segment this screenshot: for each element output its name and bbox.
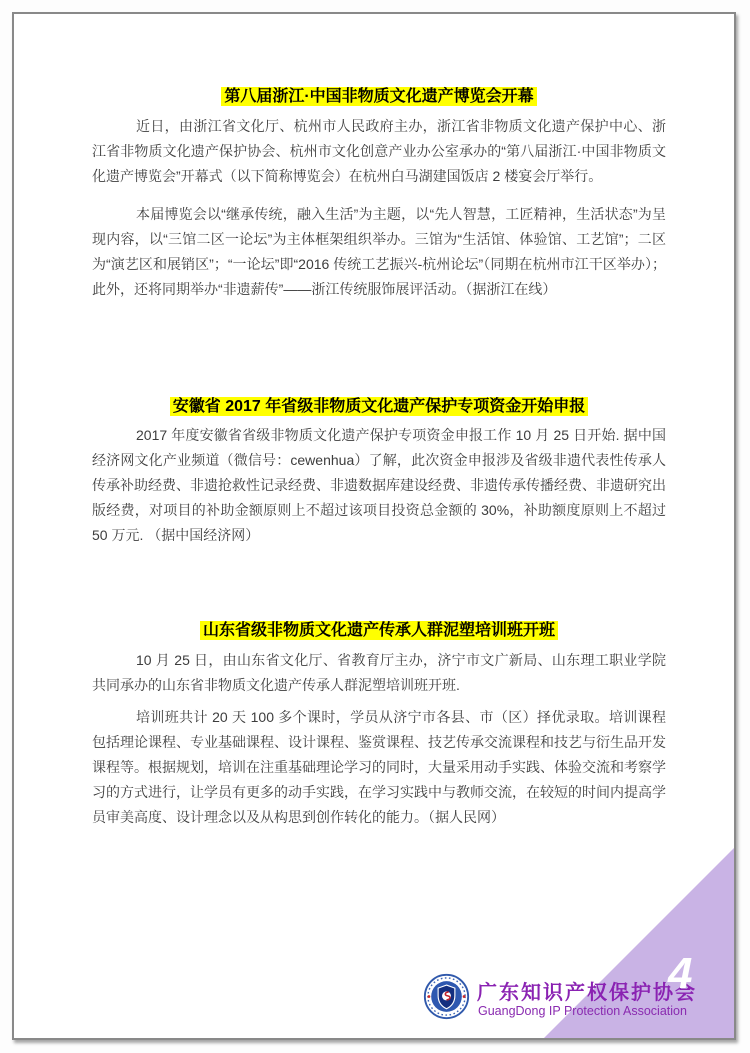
association-name-cn: 广东知识产权保护协会 xyxy=(477,976,697,1005)
highlighted-headline: 安徽省 2017 年省级非物质文化遗产保护专项资金开始申报 xyxy=(170,397,589,416)
article-1-paragraph-1: 近日，由浙江省文化厅、杭州市人民政府主办，浙江省非物质文化遗产保护中心、浙江省非… xyxy=(92,114,666,189)
gdipa-emblem-icon xyxy=(423,973,470,1020)
article-1-title: 第八届浙江·中国非物质文化遗产博览会开幕 xyxy=(92,85,666,109)
highlighted-headline: 山东省级非物质文化遗产传承人群泥塑培训班开班 xyxy=(200,621,558,640)
article-3-paragraph-1: 10 月 25 日，由山东省文化厅、省教育厅主办，济宁市文广新局、山东理工职业学… xyxy=(92,648,666,698)
article-3-title: 山东省级非物质文化遗产传承人群泥塑培训班开班 xyxy=(92,619,666,643)
article-2-paragraph-1: 2017 年度安徽省省级非物质文化遗产保护专项资金申报工作 10 月 25 日开… xyxy=(92,423,666,548)
association-name-en: GuangDong IP Protection Association xyxy=(478,1004,687,1018)
document-page: 第八届浙江·中国非物质文化遗产博览会开幕 近日，由浙江省文化厅、杭州市人民政府主… xyxy=(12,12,736,1040)
highlighted-headline: 第八届浙江·中国非物质文化遗产博览会开幕 xyxy=(221,87,536,106)
article-3-paragraph-2: 培训班共计 20 天 100 多个课时，学员从济宁市各县、市（区）择优录取。培训… xyxy=(92,705,666,830)
page-number: 4 xyxy=(668,952,692,996)
article-1-paragraph-2: 本届博览会以“继承传统，融入生活”为主题，以“先人智慧，工匠精神，生活状态”为呈… xyxy=(92,202,666,302)
association-logo-icon xyxy=(423,973,470,1020)
article-2-title: 安徽省 2017 年省级非物质文化遗产保护专项资金开始申报 xyxy=(92,395,666,419)
